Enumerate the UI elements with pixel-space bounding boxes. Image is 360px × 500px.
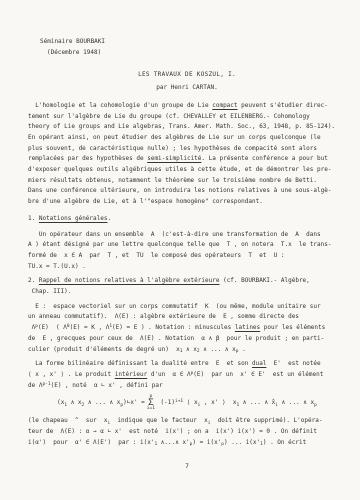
exterior-algebra-paragraph: E : espace vectoriel sur un corps commut… xyxy=(28,302,346,356)
text-line: E : espace vectoriel sur un corps commut… xyxy=(28,302,346,313)
text-line: theory of Lie groups and Lie algebras, T… xyxy=(28,122,346,133)
text-line: de E , grecques pour ceux de Λ(E) . Nota… xyxy=(28,334,346,345)
text-line: Chap. III). xyxy=(28,287,346,298)
text-line: culier (produit d'éléments de degré un) … xyxy=(28,345,346,356)
text-line: Dans une conférence ultérieure, on intro… xyxy=(28,186,346,197)
formula-right-side: (-1)i+1 ⟨ xi , x' ⟩ x1 ∧ ... ∧ x̂i ∧ ...… xyxy=(157,398,317,409)
text-line: de Λp-1(E) , noté α ∟ x' , défini par xyxy=(28,381,346,392)
text-line: Λp(E) ( Λ0(E) = K , Λ1(E) = E ) . Notati… xyxy=(28,323,346,334)
document-page: Séminaire BOURBAKI (Décembre 1948) LES T… xyxy=(0,0,360,500)
header-block: Séminaire BOURBAKI (Décembre 1948) xyxy=(40,37,346,58)
page-number: 7 xyxy=(28,462,346,473)
text-line: i(α') pour α' ∈ Λ(E') par : i(x'1 ∧...∧ … xyxy=(28,438,346,449)
seminar-name: Séminaire BOURBAKI xyxy=(40,37,346,48)
text-line: La forme bilinéaire définissant la duali… xyxy=(28,359,346,370)
text-line: d'exposer quelques outils algébriques ut… xyxy=(28,165,346,176)
text-line: L'homologie et la cohomologie d'un group… xyxy=(28,101,346,112)
text-line: remplacées par des hypothèses de semi-si… xyxy=(28,154,346,165)
text-line: tement sur l'algèbre de Lie du groupe (c… xyxy=(28,112,346,123)
formula-left-side: (x1 ∧ x2 ∧ ... ∧ xp)∟x' = xyxy=(57,398,145,409)
text-line: (le chapeau ^ sur xi indique que le fact… xyxy=(28,416,346,427)
bilinear-form-paragraph: La forme bilinéaire définissant la duali… xyxy=(28,359,346,391)
text-line: un anneau commutatif). Λ(E) : algèbre ex… xyxy=(28,312,346,323)
section-heading-notations: 1. Notations générales. xyxy=(28,214,346,225)
page-title: LES TRAVAUX DE KOSZUL, I. xyxy=(28,70,346,81)
operator-paragraph: Un opérateur dans un ensemble A (c'est-à… xyxy=(28,230,346,273)
seminar-date: (Décembre 1948) xyxy=(47,48,346,59)
section-heading-algebre-exterieure: 2. Rappel de notions relatives à l'algèb… xyxy=(28,276,346,297)
text-line: TU.x = T.(U.x) . xyxy=(28,262,346,273)
intro-paragraph: L'homologie et la cohomologie d'un group… xyxy=(28,101,346,208)
text-line: formé de x ∈ A par T , et TU le composé … xyxy=(28,251,346,262)
text-line: miers résultats obtenus, notamment le th… xyxy=(28,176,346,187)
byline: par Henri CARTAN. xyxy=(28,83,346,94)
text-line: Un opérateur dans un ensemble A (c'est-à… xyxy=(28,230,346,241)
text-line: plus souvent, de caractéristique nulle) … xyxy=(28,144,346,155)
text-line: En opérant ainsi, on peut étudier des al… xyxy=(28,133,346,144)
text-line: teur de Λ(E) : α → α ∟ x' est noté i(x')… xyxy=(28,427,346,438)
text-line: bre d'une algèbre de Lie, et à l'"espace… xyxy=(28,197,346,208)
text-line: A ) étant désigné par une lettre quelcon… xyxy=(28,240,346,251)
summation-lower-limit: i=1 xyxy=(147,407,155,412)
text-line: 2. Rappel de notions relatives à l'algèb… xyxy=(28,276,346,287)
chapeau-remark-paragraph: (le chapeau ^ sur xi indique que le fact… xyxy=(28,416,346,448)
text-line: ⟨ x , x' ⟩ . Le produit intérieur d'un α… xyxy=(28,370,346,381)
summation-symbol: p Σ i=1 xyxy=(147,395,155,412)
interior-product-formula: (x1 ∧ x2 ∧ ... ∧ xp)∟x' = p Σ i=1 (-1)i+… xyxy=(28,393,346,413)
